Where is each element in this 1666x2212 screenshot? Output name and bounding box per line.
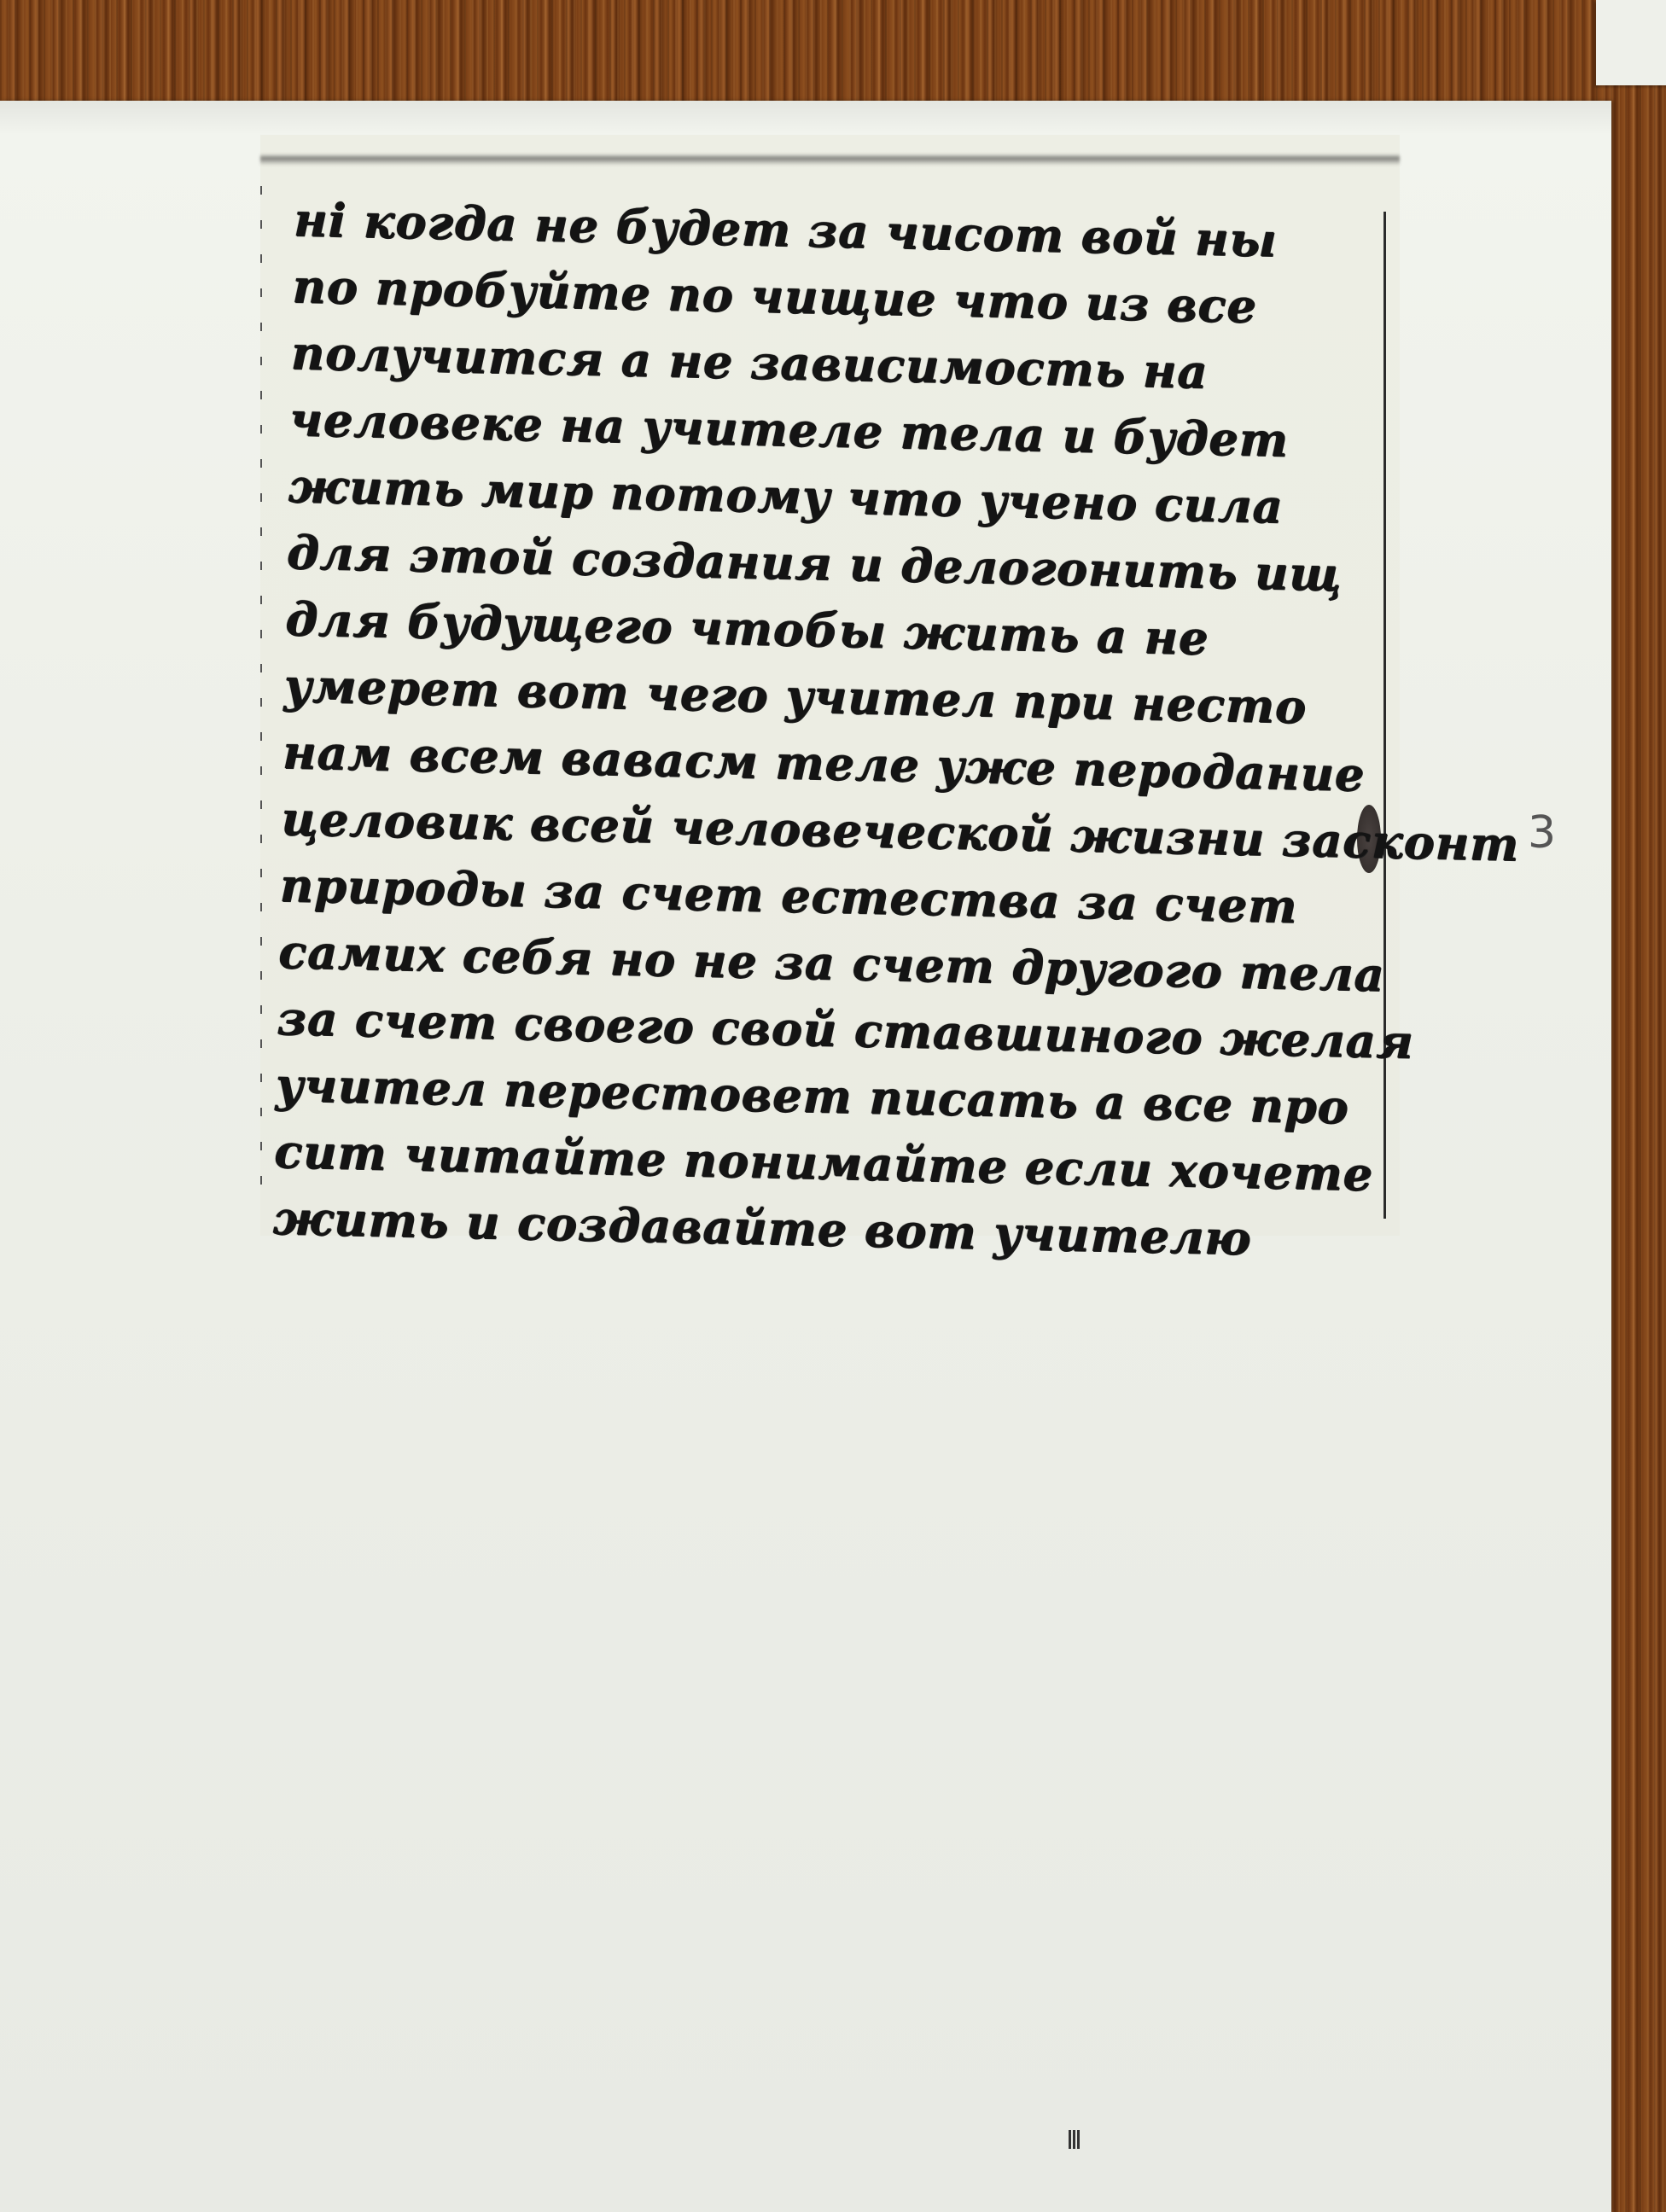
paper-sheet: ні когда не будет за чисот вой ны по про…	[0, 101, 1611, 2212]
handwritten-text-block: ні когда не будет за чисот вой ны по про…	[272, 186, 1370, 1273]
paper-fold-shadow	[0, 101, 1611, 135]
page-number: 3	[1528, 807, 1556, 859]
photocopy-top-edge	[260, 154, 1400, 166]
underlying-paper-corner	[1596, 0, 1666, 85]
photocopied-handwriting-region: ні когда не будет за чисот вой ны по про…	[260, 135, 1400, 1236]
photocopy-left-edge	[260, 186, 262, 1210]
ink-smudge	[1069, 2130, 1081, 2149]
